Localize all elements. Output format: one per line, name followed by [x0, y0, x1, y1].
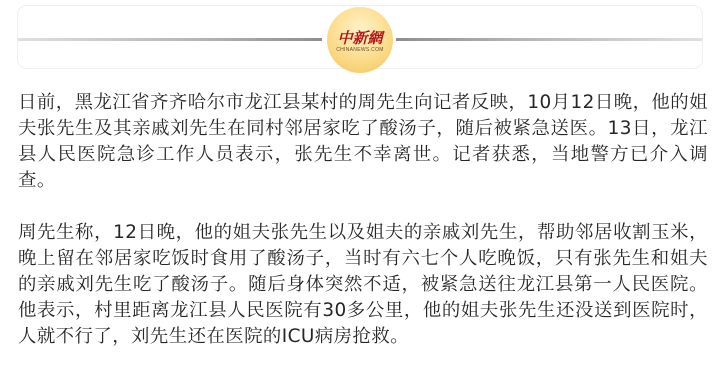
logo-english-text: CHINANEWS.COM [336, 47, 384, 53]
article-paragraph: 日前，黑龙江省齐齐哈尔市龙江县某村的周先生向记者反映，10月12日晚，他的姐夫张… [18, 90, 708, 194]
article-body: 日前，黑龙江省齐齐哈尔市龙江县某村的周先生向记者反映，10月12日晚，他的姐夫张… [18, 90, 708, 350]
chinanews-logo: 中新網 CHINANEWS.COM [327, 7, 393, 73]
logo-chinese-text: 中新網 [337, 30, 382, 46]
header-divider-left [18, 38, 322, 41]
header-divider-right [396, 38, 702, 41]
article-paragraph: 周先生称，12日晚，他的姐夫张先生以及姐夫的亲戚刘先生，帮助邻居收割玉米，晚上留… [18, 220, 708, 350]
